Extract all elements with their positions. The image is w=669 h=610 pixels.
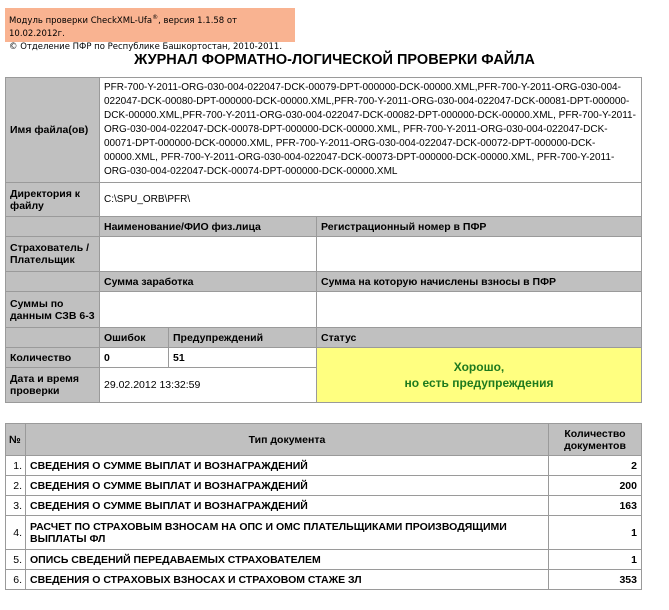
sums-row: Суммы по данным СЗВ 6-3	[6, 292, 642, 328]
row-number: 5.	[6, 550, 26, 570]
counts-row: Количество 0 51 Хорошо, но есть предупре…	[6, 348, 642, 368]
num-header: №	[6, 424, 26, 456]
directory-label: Директория к файлу	[6, 183, 100, 217]
file-name-label: Имя файла(ов)	[6, 78, 100, 183]
earnings-sum-header: Сумма заработка	[100, 272, 317, 292]
insurer-name-value	[100, 237, 317, 272]
counts-header-row: Ошибок Предупреждений Статус	[6, 328, 642, 348]
document-type: СВЕДЕНИЯ О СУММЕ ВЫПЛАТ И ВОЗНАГРАЖДЕНИЙ	[26, 496, 549, 516]
document-count: 1	[549, 550, 642, 570]
row-number: 2.	[6, 476, 26, 496]
errors-count: 0	[100, 348, 169, 368]
table-row: 1.СВЕДЕНИЯ О СУММЕ ВЫПЛАТ И ВОЗНАГРАЖДЕН…	[6, 456, 642, 476]
documents-table: № Тип документа Количество документов 1.…	[5, 423, 642, 590]
datetime-label: Дата и время проверки	[6, 368, 100, 403]
count-header: Количество документов	[549, 424, 642, 456]
row-number: 3.	[6, 496, 26, 516]
insurer-header-row: Наименование/ФИО физ.лица Регистрационны…	[6, 217, 642, 237]
status-header: Статус	[317, 328, 642, 348]
warnings-header: Предупреждений	[169, 328, 317, 348]
row-number: 6.	[6, 570, 26, 590]
insurer-reg-header: Регистрационный номер в ПФР	[317, 217, 642, 237]
status-badge: Хорошо, но есть предупреждения	[317, 348, 642, 403]
datetime-value: 29.02.2012 13:32:59	[100, 368, 317, 403]
insurer-row: Страхователь / Плательщик	[6, 237, 642, 272]
insurer-reg-value	[317, 237, 642, 272]
status-line-1: Хорошо,	[321, 359, 637, 375]
document-type: СВЕДЕНИЯ О СТРАХОВЫХ ВЗНОСАХ И СТРАХОВОМ…	[26, 570, 549, 590]
file-name-row: Имя файла(ов) PFR-700-Y-2011-ORG-030-004…	[6, 78, 642, 183]
document-count: 163	[549, 496, 642, 516]
document-type: СВЕДЕНИЯ О СУММЕ ВЫПЛАТ И ВОЗНАГРАЖДЕНИЙ	[26, 456, 549, 476]
pfr-sum-value	[317, 292, 642, 328]
insurer-label: Страхователь / Плательщик	[6, 237, 100, 272]
earnings-sum-value	[100, 292, 317, 328]
sums-header-row: Сумма заработка Сумма на которую начисле…	[6, 272, 642, 292]
sums-label: Суммы по данным СЗВ 6-3	[6, 292, 100, 328]
warnings-count: 51	[169, 348, 317, 368]
row-number: 4.	[6, 516, 26, 550]
errors-header: Ошибок	[100, 328, 169, 348]
file-name-value: PFR-700-Y-2011-ORG-030-004-022047-DCK-00…	[100, 78, 642, 183]
table-row: 5.ОПИСЬ СВЕДЕНИЙ ПЕРЕДАВАЕМЫХ СТРАХОВАТЕ…	[6, 550, 642, 570]
module-banner: Модуль проверки CheckXML-Ufa®, версия 1.…	[5, 8, 295, 42]
pfr-sum-header: Сумма на которую начислены взносы в ПФР	[317, 272, 642, 292]
table-row: 6.СВЕДЕНИЯ О СТРАХОВЫХ ВЗНОСАХ И СТРАХОВ…	[6, 570, 642, 590]
insurer-name-header: Наименование/ФИО физ.лица	[100, 217, 317, 237]
document-count: 353	[549, 570, 642, 590]
table-row: 4.РАСЧЕТ ПО СТРАХОВЫМ ВЗНОСАМ НА ОПС И О…	[6, 516, 642, 550]
directory-value: C:\SPU_ORB\PFR\	[100, 183, 642, 217]
document-count: 1	[549, 516, 642, 550]
document-type: РАСЧЕТ ПО СТРАХОВЫМ ВЗНОСАМ НА ОПС И ОМС…	[26, 516, 549, 550]
document-type: СВЕДЕНИЯ О СУММЕ ВЫПЛАТ И ВОЗНАГРАЖДЕНИЙ	[26, 476, 549, 496]
page-title: ЖУРНАЛ ФОРМАТНО-ЛОГИЧЕСКОЙ ПРОВЕРКИ ФАЙЛ…	[0, 52, 669, 68]
row-number: 1.	[6, 456, 26, 476]
module-version-line: Модуль проверки CheckXML-Ufa®, версия 1.…	[9, 11, 295, 41]
table-row: 3.СВЕДЕНИЯ О СУММЕ ВЫПЛАТ И ВОЗНАГРАЖДЕН…	[6, 496, 642, 516]
directory-row: Директория к файлу C:\SPU_ORB\PFR\	[6, 183, 642, 217]
status-line-2: но есть предупреждения	[321, 375, 637, 391]
document-count: 200	[549, 476, 642, 496]
check-summary-table: Имя файла(ов) PFR-700-Y-2011-ORG-030-004…	[5, 77, 642, 403]
count-label: Количество	[6, 348, 100, 368]
table-row: 2.СВЕДЕНИЯ О СУММЕ ВЫПЛАТ И ВОЗНАГРАЖДЕН…	[6, 476, 642, 496]
document-count: 2	[549, 456, 642, 476]
documents-header-row: № Тип документа Количество документов	[6, 424, 642, 456]
type-header: Тип документа	[26, 424, 549, 456]
document-type: ОПИСЬ СВЕДЕНИЙ ПЕРЕДАВАЕМЫХ СТРАХОВАТЕЛЕ…	[26, 550, 549, 570]
